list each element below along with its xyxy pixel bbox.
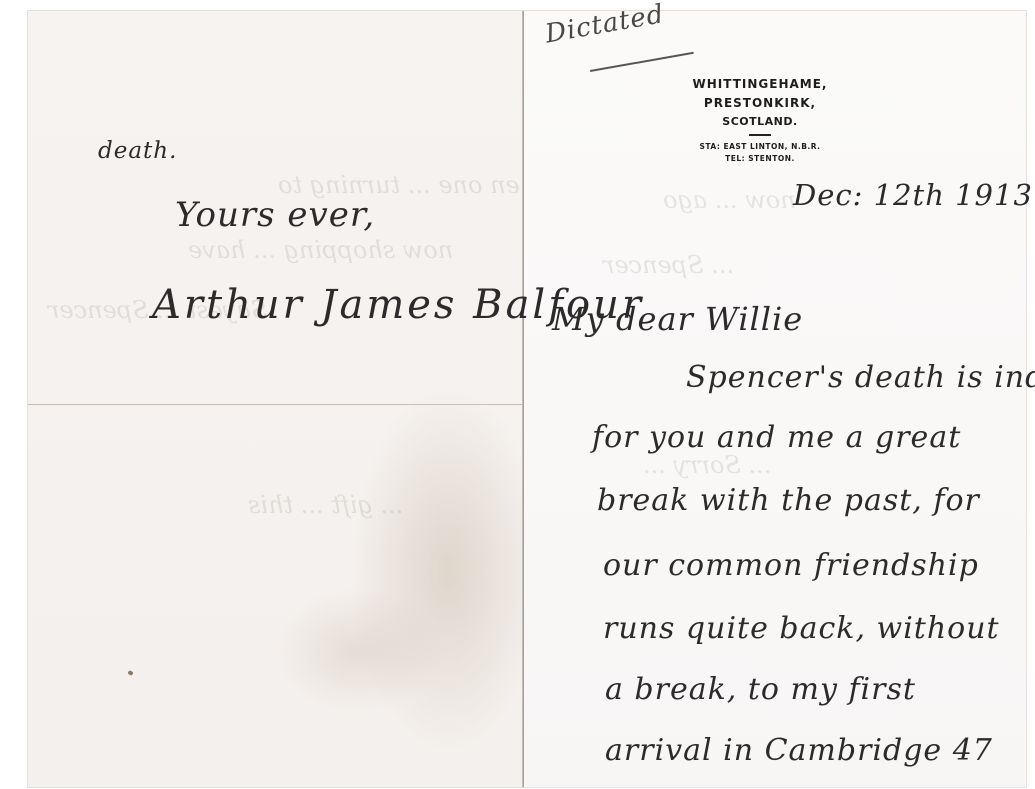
- body-line: break with the past, for: [597, 483, 980, 518]
- carryover-word: death.: [98, 138, 177, 164]
- left-page: When one ... turning to now shopping ...…: [28, 11, 523, 787]
- body-line: a break, to my first: [605, 672, 916, 707]
- letter-scan: When one ... turning to now shopping ...…: [0, 0, 1035, 789]
- letterhead-estate: WHITTINGEHAME,: [670, 75, 850, 94]
- letterhead-town: PRESTONKIRK,: [690, 94, 830, 113]
- horizontal-fold-crease: [28, 404, 523, 405]
- bleed-through-text: ... gift ... this: [248, 491, 403, 519]
- letter-sheet: When one ... turning to now shopping ...…: [28, 11, 1026, 787]
- bleed-through-text: ... Spencer: [603, 251, 734, 279]
- body-line: for you and me a great: [592, 420, 961, 455]
- body-line: arrival in Cambridge 47: [605, 733, 993, 768]
- letter-date: Dec: 12th 1913: [793, 178, 1033, 212]
- body-line: our common friendship: [603, 548, 979, 583]
- body-line: Spencer's death is indeed: [686, 360, 1035, 395]
- letterhead-telegraph: TEL: STENTON.: [690, 153, 830, 165]
- letterhead-station: STA: EAST LINTON, N.B.R.: [670, 141, 850, 153]
- paper-speck: [127, 670, 133, 676]
- salutation: My dear Willie: [552, 300, 803, 338]
- letterhead: WHITTINGEHAME, PRESTONKIRK, SCOTLAND. ST…: [690, 75, 830, 165]
- bleed-through-text: now shopping ... have: [188, 236, 453, 264]
- body-line: runs quite back, without: [603, 611, 1000, 646]
- letterhead-country: SCOTLAND.: [690, 113, 830, 131]
- closing: Yours ever,: [175, 195, 375, 235]
- bleed-through-text: now ... ago: [663, 186, 796, 214]
- letterhead-rule: [749, 134, 771, 136]
- center-fold: [522, 11, 524, 787]
- bleed-through-text: ... Sorry ...: [643, 451, 771, 479]
